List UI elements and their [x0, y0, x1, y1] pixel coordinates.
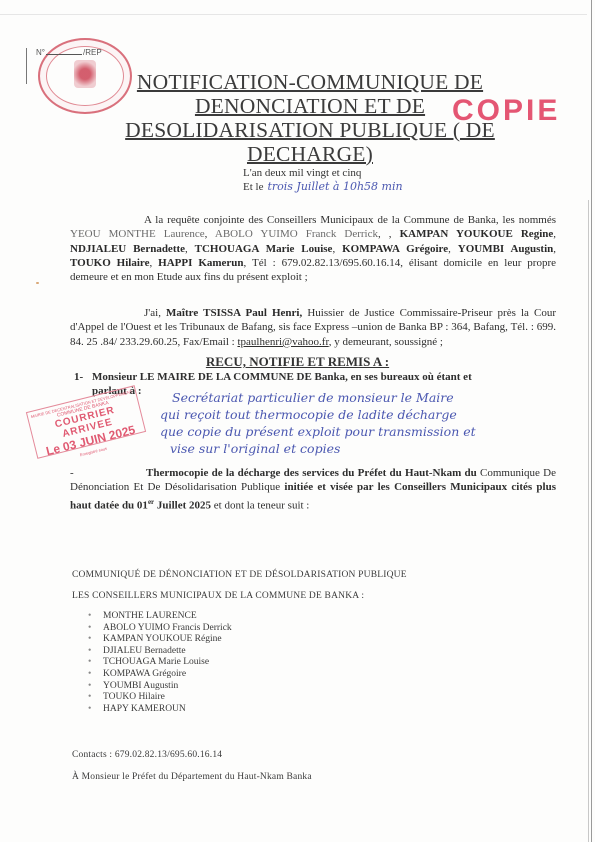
date-line-day: Et letrois Juillet à 10h58 min [243, 180, 403, 193]
requester-name: ABOLO YUIMO Franck Derrick [215, 228, 378, 240]
ref-suffix: /REP [83, 48, 102, 57]
ref-prefix: N° [36, 48, 45, 57]
members-list: MONTHE LAURENCE ABOLO YUIMO Francis Derr… [88, 611, 232, 715]
thermo-sup: er [148, 498, 154, 506]
bailiff-paragraph: J'ai, Maître TSISSA Paul Henri, Huissier… [70, 306, 556, 349]
received-heading: RECU, NOTIFIE ET REMIS A : [0, 354, 595, 370]
requester-name: KOMPAWA Grégoire [342, 243, 448, 255]
requester-name: TCHOUAGA Marie Louise [195, 243, 333, 255]
thermocopy-paragraph: -Thermocopie de la décharge des services… [70, 466, 556, 513]
request-intro: A la requête conjointe des Conseillers M… [144, 214, 556, 226]
seal-emblem-icon [74, 60, 96, 88]
title-line: DESOLIDARISATION PUBLIQUE ( DE [125, 118, 495, 142]
requester-name: KAMPAN YOUKOUE Regine [400, 228, 554, 240]
title-line: DENONCIATION ET DE [195, 94, 425, 118]
thermo-bold: Thermocopie de la décharge des services … [146, 467, 477, 479]
handwritten-line: que copie du présent exploit pour transm… [160, 423, 572, 440]
date-label: Et le [243, 181, 263, 193]
scan-top-rule [0, 14, 587, 15]
thermo-tail: et dont la teneur suit : [214, 499, 310, 511]
list-item: YOUMBI Augustin [88, 681, 232, 693]
addressee-line: À Monsieur le Préfet du Département du H… [72, 772, 312, 782]
list-item: TCHOUAGA Marie Louise [88, 657, 232, 669]
request-paragraph: A la requête conjointe des Conseillers M… [70, 213, 556, 284]
list-item: MONTHE LAURENCE [88, 611, 232, 623]
handwritten-line: vise sur l'original et copies [170, 440, 572, 457]
communique-title: COMMUNIQUÉ DE DÉNONCIATION ET DE DÉSOLDA… [72, 570, 407, 580]
scan-right-edge-inner [588, 200, 589, 842]
scan-right-edge [591, 0, 592, 842]
requester-name: HAPPI Kamerun [158, 257, 243, 269]
document-page: N°/REP NOTIFICATION-COMMUNIQUE DE DENONC… [0, 0, 595, 842]
handwritten-line: qui reçoit tout thermocopie de ladite dé… [160, 406, 572, 423]
list-item: ABOLO YUIMO Francis Derrick [88, 623, 232, 635]
list-item: KAMPAN YOUKOUE Régine [88, 634, 232, 646]
scan-left-mark [26, 48, 27, 84]
reference-number: N°/REP [36, 48, 102, 57]
bailiff-intro: J'ai, [144, 307, 161, 319]
list-item: DJIALEU Bernadette [88, 646, 232, 658]
ref-blank [46, 54, 82, 55]
requester-name: TOUKO Hilaire [70, 257, 149, 269]
title-line: NOTIFICATION-COMMUNIQUE DE [137, 70, 483, 94]
communique-subtitle: LES CONSEILLERS MUNICIPAUX DE LA COMMUNE… [72, 591, 364, 601]
list-item: KOMPAWA Grégoire [88, 669, 232, 681]
bailiff-name: Maître TSISSA Paul Henri, [166, 307, 302, 319]
requester-name: YEOU MONTHE Laurence [70, 228, 205, 240]
handwritten-note: Secrétariat particulier de monsieur le M… [172, 389, 572, 457]
list-item: TOUKO Hilaire [88, 692, 232, 704]
copy-stamp: COPIE [452, 94, 560, 128]
mail-arrival-stamp: MAIRIE DE DECENTRALISATION ET DEVELOPPEM… [26, 385, 146, 459]
bailiff-email-link[interactable]: tpaulhenri@vahoo.fr [237, 336, 328, 348]
contacts-line: Contacts : 679.02.82.13/695.60.16.14 [72, 750, 222, 760]
handwritten-line: Secrétariat particulier de monsieur le M… [172, 389, 572, 406]
requester-name: YOUMBI Augustin [458, 243, 554, 255]
tel-label: Tél : [252, 257, 276, 269]
date-line-year: L'an deux mil vingt et cinq [243, 167, 361, 179]
thermo-dash: - [70, 466, 146, 480]
thermo-bold: Juillet 2025 [157, 499, 211, 511]
recipient-text: Monsieur LE MAIRE DE LA COMMUNE DE Banka… [92, 370, 562, 384]
scan-speck [36, 282, 39, 284]
recipient-number: 1- [74, 370, 83, 384]
requester-name: NDJIALEU Bernadette [70, 243, 185, 255]
handwritten-date: trois Juillet à 10h58 min [267, 180, 402, 193]
list-item: HAPY KAMEROUN [88, 704, 232, 716]
title-line: DECHARGE) [247, 142, 373, 166]
bailiff-tail: , y demeurant, soussigné ; [329, 336, 443, 348]
